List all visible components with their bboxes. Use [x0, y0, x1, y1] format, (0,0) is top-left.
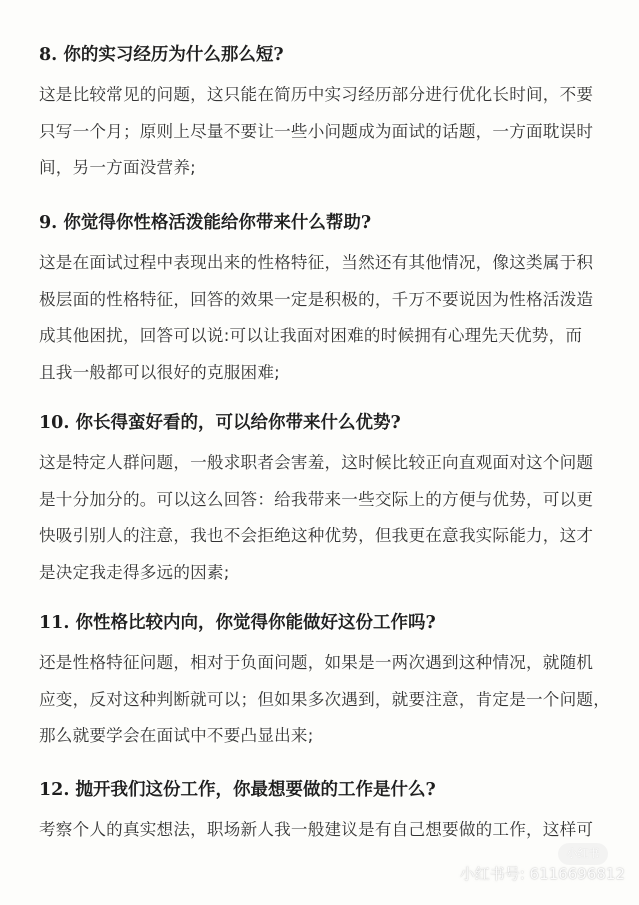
answer-line: 是决定我走得多远的因素;	[39, 555, 611, 592]
question-10: 10. 你长得蛮好看的，可以给你带来什么优势? 这是特定人群问题，一般求职者会害…	[39, 411, 611, 591]
answer-text: 这是在面试过程中表现出来的性格特征，当然还有其他情况，像这类属于积 极层面的性格…	[39, 245, 611, 391]
question-8: 8. 你的实习经历为什么那么短? 这是比较常见的问题，这只能在简历中实习经历部分…	[39, 43, 611, 187]
answer-line: 这是特定人群问题，一般求职者会害羞，这时候比较正向直观面对这个问题	[39, 445, 611, 482]
watermark-id: 小红书号: 6116696812	[445, 864, 625, 884]
question-title: 11. 你性格比较内向，你觉得你能做好这份工作吗?	[39, 611, 611, 635]
answer-line: 只写一个月；原则上尽量不要让一些小问题成为面试的话题，一方面耽误时	[39, 114, 611, 151]
answer-line: 这是比较常见的问题，这只能在简历中实习经历部分进行优化长时间，不要	[39, 77, 611, 114]
answer-text: 这是特定人群问题，一般求职者会害羞，这时候比较正向直观面对这个问题 是十分加分的…	[39, 445, 611, 591]
question-title: 12. 抛开我们这份工作，你最想要做的工作是什么?	[39, 778, 611, 802]
answer-text: 还是性格特征问题，相对于负面问题，如果是一两次遇到这种情况，就随机 应变，反对这…	[39, 645, 611, 755]
answer-line: 间，另一方面没营养;	[39, 150, 611, 187]
answer-line: 快吸引别人的注意，我也不会拒绝这种优势，但我更在意我实际能力，这才	[39, 518, 611, 555]
answer-line: 应变，反对这种判断就可以；但如果多次遇到，就要注意，肯定是一个问题，	[39, 682, 611, 719]
answer-line: 且我一般都可以很好的克服困难;	[39, 355, 611, 392]
answer-line: 考察个人的真实想法，职场新人我一般建议是有自己想要做的工作，这样可	[39, 812, 611, 849]
question-title: 9. 你觉得你性格活泼能给你带来什么帮助?	[39, 211, 611, 235]
answer-line: 是十分加分的。可以这么回答：给我带来一些交际上的方便与优势，可以更	[39, 482, 611, 519]
question-title: 10. 你长得蛮好看的，可以给你带来什么优势?	[39, 411, 611, 435]
question-title: 8. 你的实习经历为什么那么短?	[39, 43, 611, 67]
answer-text: 考察个人的真实想法，职场新人我一般建议是有自己想要做的工作，这样可	[39, 812, 611, 849]
answer-line: 还是性格特征问题，相对于负面问题，如果是一两次遇到这种情况，就随机	[39, 645, 611, 682]
question-12: 12. 抛开我们这份工作，你最想要做的工作是什么? 考察个人的真实想法，职场新人…	[39, 778, 611, 849]
question-9: 9. 你觉得你性格活泼能给你带来什么帮助? 这是在面试过程中表现出来的性格特征，…	[39, 211, 611, 391]
answer-line: 极层面的性格特征，回答的效果一定是积极的，千万不要说因为性格活泼造	[39, 282, 611, 319]
answer-text: 这是比较常见的问题，这只能在简历中实习经历部分进行优化长时间，不要 只写一个月；…	[39, 77, 611, 187]
answer-line: 那么就要学会在面试中不要凸显出来;	[39, 718, 611, 755]
question-11: 11. 你性格比较内向，你觉得你能做好这份工作吗? 还是性格特征问题，相对于负面…	[39, 611, 611, 755]
watermark-logo: 小红书	[558, 843, 608, 865]
answer-line: 这是在面试过程中表现出来的性格特征，当然还有其他情况，像这类属于积	[39, 245, 611, 282]
answer-line: 成其他困扰，回答可以说:可以让我面对困难的时候拥有心理先天优势，而	[39, 318, 611, 355]
